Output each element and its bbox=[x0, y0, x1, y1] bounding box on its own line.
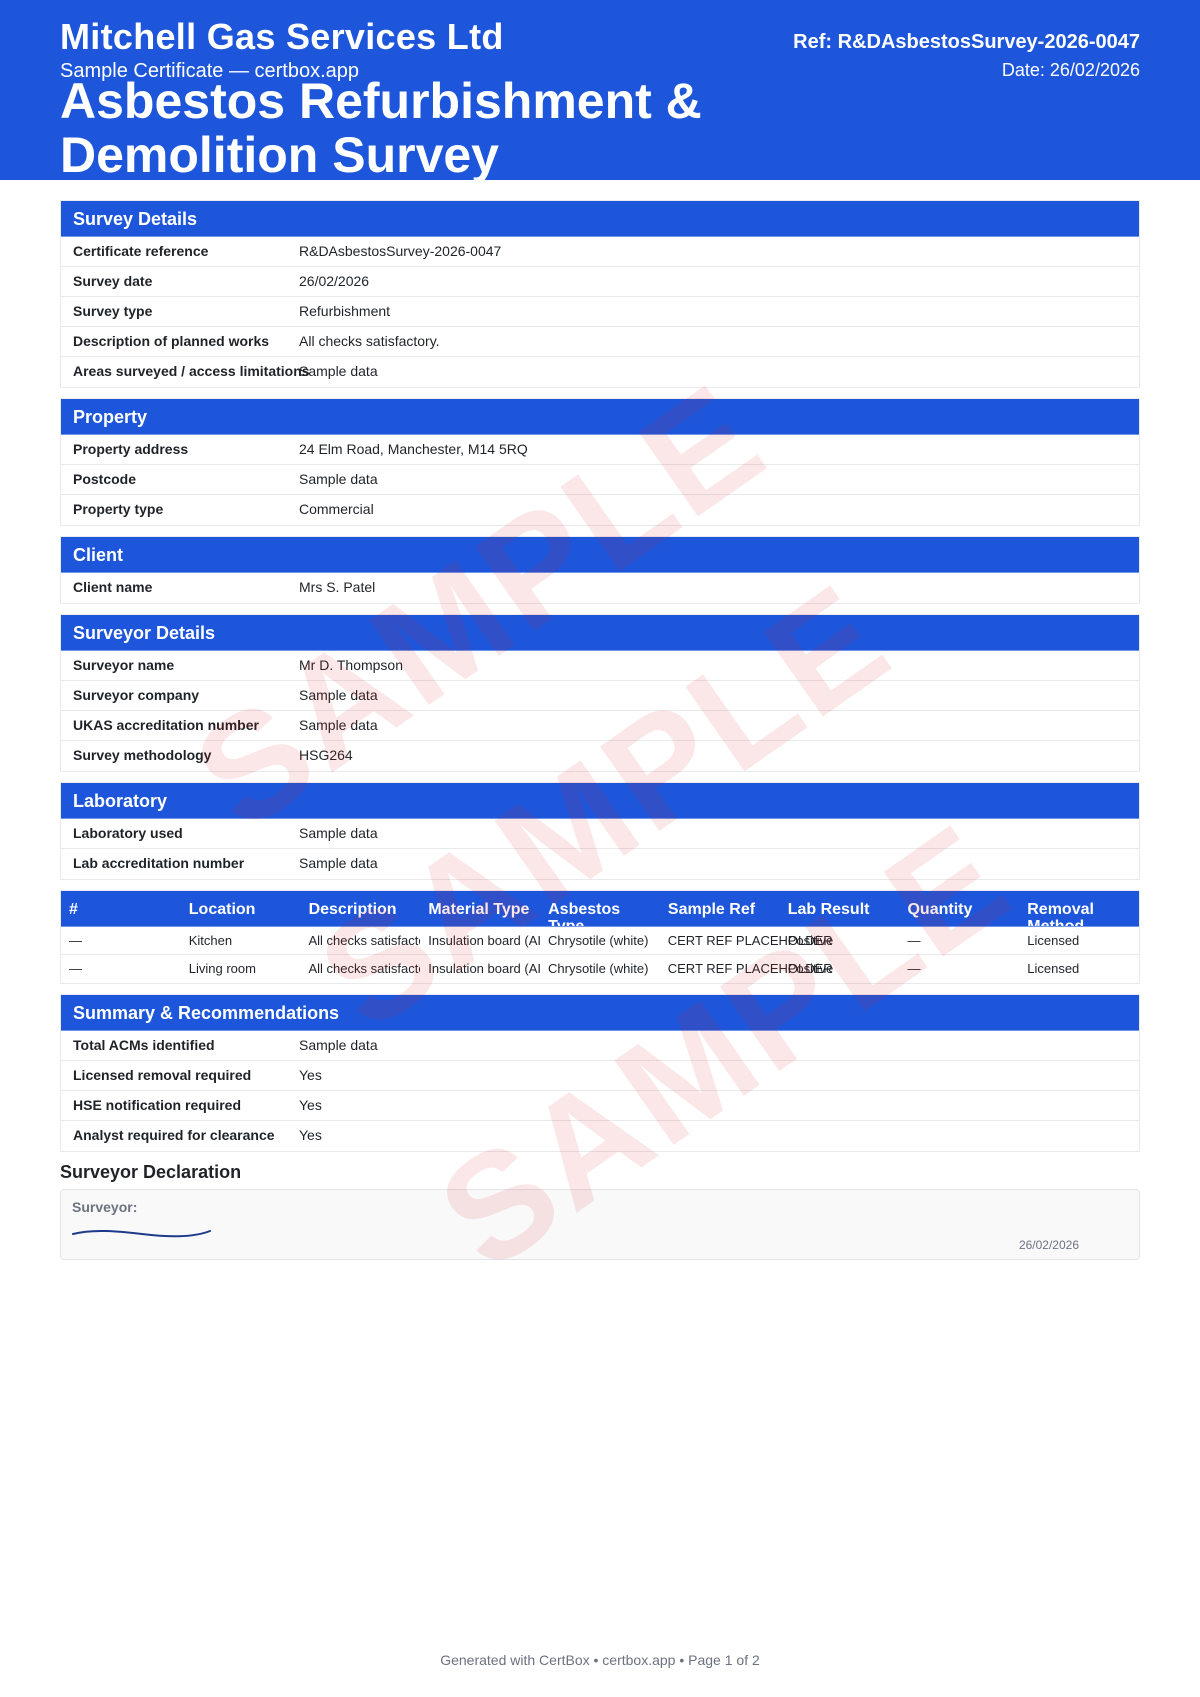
signature-icon bbox=[72, 1228, 212, 1240]
table-cell: Insulation board (AIB) bbox=[420, 927, 540, 954]
column-header: Quantity bbox=[899, 891, 1019, 926]
field-value: Sample data bbox=[299, 819, 1139, 848]
section-title: Summary & Recommendations bbox=[61, 995, 1139, 1031]
table-cell: Living room bbox=[181, 955, 301, 983]
field-value: Yes bbox=[299, 1061, 1139, 1090]
field-row: Total ACMs identifiedSample data bbox=[61, 1031, 1139, 1061]
table-cell: Licensed bbox=[1019, 927, 1139, 954]
certificate-body: Survey Details Certificate referenceR&DA… bbox=[60, 200, 1140, 1260]
section-title: Survey Details bbox=[61, 201, 1139, 237]
field-label: Description of planned works bbox=[61, 327, 299, 356]
section-survey-details: Survey Details Certificate referenceR&DA… bbox=[60, 200, 1140, 388]
column-header: Lab Result bbox=[780, 891, 900, 926]
field-value: Sample data bbox=[299, 357, 1139, 387]
table-cell: Insulation board (AIB) bbox=[420, 955, 540, 983]
field-row: Surveyor companySample data bbox=[61, 681, 1139, 711]
field-row: Analyst required for clearanceYes bbox=[61, 1121, 1139, 1151]
field-label: Licensed removal required bbox=[61, 1061, 299, 1090]
page-footer: Generated with CertBox • certbox.app • P… bbox=[0, 1652, 1200, 1668]
field-label: HSE notification required bbox=[61, 1091, 299, 1120]
field-label: Survey methodology bbox=[61, 741, 299, 771]
field-label: Lab accreditation number bbox=[61, 849, 299, 879]
field-row: Survey date26/02/2026 bbox=[61, 267, 1139, 297]
field-value: Yes bbox=[299, 1091, 1139, 1120]
field-row: Property typeCommercial bbox=[61, 495, 1139, 525]
field-label: Survey type bbox=[61, 297, 299, 326]
field-value: Refurbishment bbox=[299, 297, 1139, 326]
section-summary-recommendations: Summary & Recommendations Total ACMs ide… bbox=[60, 994, 1140, 1152]
table-cell: CERT REF PLACEHOLDER bbox=[660, 955, 780, 983]
field-label: Survey date bbox=[61, 267, 299, 296]
certificate-header: Mitchell Gas Services Ltd Sample Certifi… bbox=[0, 0, 1200, 180]
table-cell: Positive bbox=[780, 955, 900, 983]
field-row: PostcodeSample data bbox=[61, 465, 1139, 495]
field-value: Sample data bbox=[299, 1031, 1139, 1060]
field-row: Survey typeRefurbishment bbox=[61, 297, 1139, 327]
field-label: UKAS accreditation number bbox=[61, 711, 299, 740]
field-value: Yes bbox=[299, 1121, 1139, 1151]
table-cell: — bbox=[61, 927, 181, 954]
declaration-date: 26/02/2026 bbox=[1019, 1238, 1079, 1252]
table-row: —KitchenAll checks satisfactory.Insulati… bbox=[61, 927, 1139, 955]
acm-register-table: #LocationDescriptionMaterial TypeAsbesto… bbox=[60, 890, 1140, 984]
table-cell: Kitchen bbox=[181, 927, 301, 954]
section-property: Property Property address24 Elm Road, Ma… bbox=[60, 398, 1140, 526]
table-cell: Chrysotile (white) bbox=[540, 927, 660, 954]
table-cell: — bbox=[900, 955, 1020, 983]
field-value: HSG264 bbox=[299, 741, 1139, 771]
field-row: Description of planned worksAll checks s… bbox=[61, 327, 1139, 357]
field-value: Sample data bbox=[299, 711, 1139, 740]
section-client: Client Client nameMrs S. Patel bbox=[60, 536, 1140, 604]
field-row: Areas surveyed / access limitationsSampl… bbox=[61, 357, 1139, 387]
field-row: Certificate referenceR&DAsbestosSurvey-2… bbox=[61, 237, 1139, 267]
column-header: Sample Ref bbox=[660, 891, 780, 926]
field-value: All checks satisfactory. bbox=[299, 327, 1139, 356]
column-header: Location bbox=[181, 891, 301, 926]
column-header: # bbox=[61, 891, 181, 926]
field-value: R&DAsbestosSurvey-2026-0047 bbox=[299, 237, 1139, 266]
field-row: HSE notification requiredYes bbox=[61, 1091, 1139, 1121]
field-label: Surveyor company bbox=[61, 681, 299, 710]
column-header: Asbestos Type bbox=[540, 891, 660, 926]
field-value: Mrs S. Patel bbox=[299, 573, 1139, 603]
field-label: Client name bbox=[61, 573, 299, 603]
field-value: 26/02/2026 bbox=[299, 267, 1139, 296]
field-value: Mr D. Thompson bbox=[299, 651, 1139, 680]
declaration-heading: Surveyor Declaration bbox=[60, 1162, 1140, 1183]
section-title: Client bbox=[61, 537, 1139, 573]
document-title: Asbestos Refurbishment & Demolition Surv… bbox=[60, 74, 960, 182]
field-label: Property address bbox=[61, 435, 299, 464]
company-name: Mitchell Gas Services Ltd bbox=[60, 16, 504, 58]
declaration-box: Surveyor: 26/02/2026 bbox=[60, 1189, 1140, 1260]
field-label: Laboratory used bbox=[61, 819, 299, 848]
field-row: Surveyor nameMr D. Thompson bbox=[61, 651, 1139, 681]
section-title: Laboratory bbox=[61, 783, 1139, 819]
column-header: Removal Method bbox=[1019, 891, 1139, 926]
field-row: Lab accreditation numberSample data bbox=[61, 849, 1139, 879]
field-label: Areas surveyed / access limitations bbox=[61, 357, 299, 387]
field-row: Property address24 Elm Road, Manchester,… bbox=[61, 435, 1139, 465]
certificate-date: Date: 26/02/2026 bbox=[1002, 60, 1140, 81]
table-cell: All checks satisfactory. bbox=[301, 955, 421, 983]
column-header: Description bbox=[301, 891, 421, 926]
table-row: —Living roomAll checks satisfactory.Insu… bbox=[61, 955, 1139, 983]
field-row: Laboratory usedSample data bbox=[61, 819, 1139, 849]
declaration-label: Surveyor: bbox=[72, 1199, 137, 1215]
field-value: Sample data bbox=[299, 465, 1139, 494]
field-value: Commercial bbox=[299, 495, 1139, 525]
field-row: Licensed removal requiredYes bbox=[61, 1061, 1139, 1091]
table-cell: Chrysotile (white) bbox=[540, 955, 660, 983]
table-body: —KitchenAll checks satisfactory.Insulati… bbox=[61, 927, 1139, 983]
section-laboratory: Laboratory Laboratory usedSample dataLab… bbox=[60, 782, 1140, 880]
field-value: Sample data bbox=[299, 849, 1139, 879]
table-cell: — bbox=[61, 955, 181, 983]
field-label: Certificate reference bbox=[61, 237, 299, 266]
field-label: Total ACMs identified bbox=[61, 1031, 299, 1060]
field-row: UKAS accreditation numberSample data bbox=[61, 711, 1139, 741]
field-label: Property type bbox=[61, 495, 299, 525]
field-row: Survey methodologyHSG264 bbox=[61, 741, 1139, 771]
section-title: Surveyor Details bbox=[61, 615, 1139, 651]
field-value: Sample data bbox=[299, 681, 1139, 710]
field-value: 24 Elm Road, Manchester, M14 5RQ bbox=[299, 435, 1139, 464]
table-cell: — bbox=[900, 927, 1020, 954]
reference-number: Ref: R&DAsbestosSurvey-2026-0047 bbox=[793, 31, 1140, 54]
table-cell: All checks satisfactory. bbox=[301, 927, 421, 954]
section-surveyor-details: Surveyor Details Surveyor nameMr D. Thom… bbox=[60, 614, 1140, 772]
table-cell: Positive bbox=[780, 927, 900, 954]
table-cell: CERT REF PLACEHOLDER bbox=[660, 927, 780, 954]
field-label: Analyst required for clearance bbox=[61, 1121, 299, 1151]
table-header-row: #LocationDescriptionMaterial TypeAsbesto… bbox=[61, 891, 1139, 927]
field-label: Surveyor name bbox=[61, 651, 299, 680]
table-cell: Licensed bbox=[1019, 955, 1139, 983]
field-label: Postcode bbox=[61, 465, 299, 494]
section-title: Property bbox=[61, 399, 1139, 435]
column-header: Material Type bbox=[420, 891, 540, 926]
field-row: Client nameMrs S. Patel bbox=[61, 573, 1139, 603]
